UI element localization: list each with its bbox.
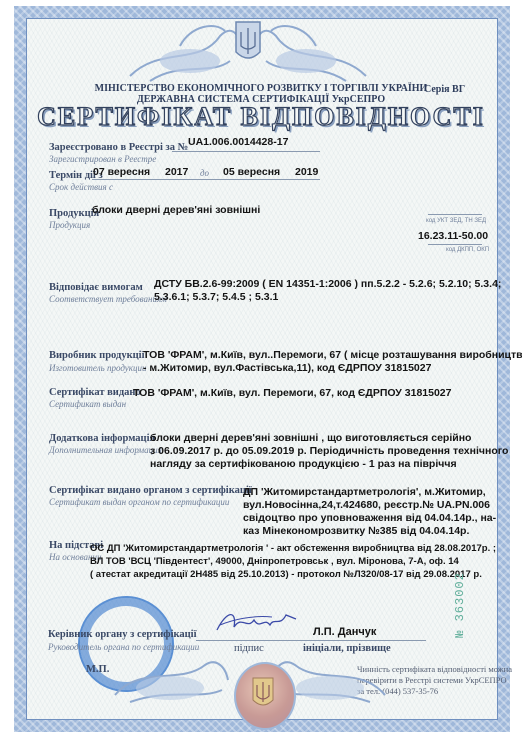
basis-line-3: ( атестат акредитації 2Н485 від 25.10.20…: [90, 568, 482, 581]
manufacturer-label-ru: Изготовитель продукции: [49, 363, 147, 373]
issuer-body-line-1: ДП 'Житомирстандартметрологія', м.Житоми…: [243, 486, 486, 499]
validity-from-year: 2017: [165, 166, 188, 179]
additional-line-1: блоки дверні дерев'яні зовнішні , що виг…: [150, 432, 471, 445]
issuer-body-line-2: вул.Новосінна,24,т.424680, реєстр.№ UA.P…: [243, 499, 490, 512]
code-label-2: код ДКПП, ОКП: [446, 247, 489, 253]
issued-to-label-ru: Сертификат выдан: [49, 399, 126, 409]
manufacturer-label: Виробник продукції: [49, 350, 145, 361]
validity-to-word: до: [200, 168, 209, 178]
issued-to-value: ТОВ 'ФРАМ', м.Київ, вул. Перемоги, 67, к…: [133, 387, 451, 400]
trident-hologram-icon: [251, 676, 275, 710]
basis-line-1: ОС ДП 'Житомирстандартметрологія ' - акт…: [90, 542, 496, 555]
manufacturer-line-2: - м.Житомир, вул.Фастівська,11), код ЄДР…: [143, 362, 431, 375]
requirements-line-1: ДСТУ БВ.2.6-99:2009 ( EN 14351-1:2006 ) …: [154, 278, 501, 291]
issuer-body-label: Сертифікат видано органом з сертифікації: [49, 485, 252, 496]
signature-label: Керівник органу з сертифікації: [48, 629, 197, 640]
code-line-2: [428, 238, 482, 245]
additional-line-2: з 06.09.2017 р. до 05.09.2019 р. Періоди…: [150, 445, 508, 458]
registry-label: Зареєстровано в Реєстрі за №: [49, 142, 188, 153]
serial-number: № 363002: [450, 560, 470, 650]
validity-to-year: 2019: [295, 166, 318, 179]
stamp-mark: М.П.: [86, 664, 109, 675]
code-line-1: [428, 208, 482, 215]
requirements-line-2: 5.3.6.1; 5.3.7; 5.4.5 ; 5.3.1: [154, 291, 278, 304]
top-ornament-icon: [120, 6, 376, 86]
issued-to-label: Сертифікат видано: [49, 387, 141, 398]
product-value: блоки дверні дерев'яні зовнішні: [92, 204, 260, 217]
requirements-label: Відповідає вимогам: [49, 282, 143, 293]
validity-label-ru: Срок действия с: [49, 182, 113, 192]
requirements-label-ru: Соответствует требованиям: [49, 294, 167, 304]
signatory-name: Л.П. Данчук: [313, 626, 376, 639]
certificate-title: СЕРТИФІКАТ ВІДПОВІДНОСТІ: [0, 102, 522, 132]
product-label-ru: Продукция: [49, 220, 90, 230]
basis-line-2: ВЛ ТОВ 'ВСЦ 'Південтест', 49000, Дніпроп…: [90, 555, 459, 568]
issuer-body-line-3: свідоцтво про уповноваження від 04.04.14…: [243, 512, 496, 525]
registry-label-ru: Зарегистрирован в Реестре: [49, 154, 156, 164]
validity-to-day: 05 вересня: [223, 166, 280, 179]
issuer-body-label-ru: Сертификат выдан органом по сертификации: [49, 497, 229, 507]
additional-label: Додаткова інформація: [49, 433, 155, 444]
series-label: Серія ВГ: [424, 84, 465, 95]
registry-number: UA1.006.0014428-17: [188, 136, 288, 149]
signature-scribble-icon: [212, 605, 302, 640]
validity-from-day: 07 вересня: [93, 166, 150, 179]
code-label-1: код УКТ ЗЕД, ТН ЗЕД: [426, 218, 486, 224]
additional-label-ru: Дополнительная информация: [49, 445, 162, 455]
manufacturer-line-1: ТОВ 'ФРАМ', м.Київ, вул..Перемоги, 67 ( …: [143, 349, 522, 362]
additional-line-3: нагляду за сертифікованою продукцією - 1…: [150, 458, 457, 471]
issuer-body-line-4: каз Мінекономрозвитку №385 від 04.04.14р…: [243, 525, 469, 538]
